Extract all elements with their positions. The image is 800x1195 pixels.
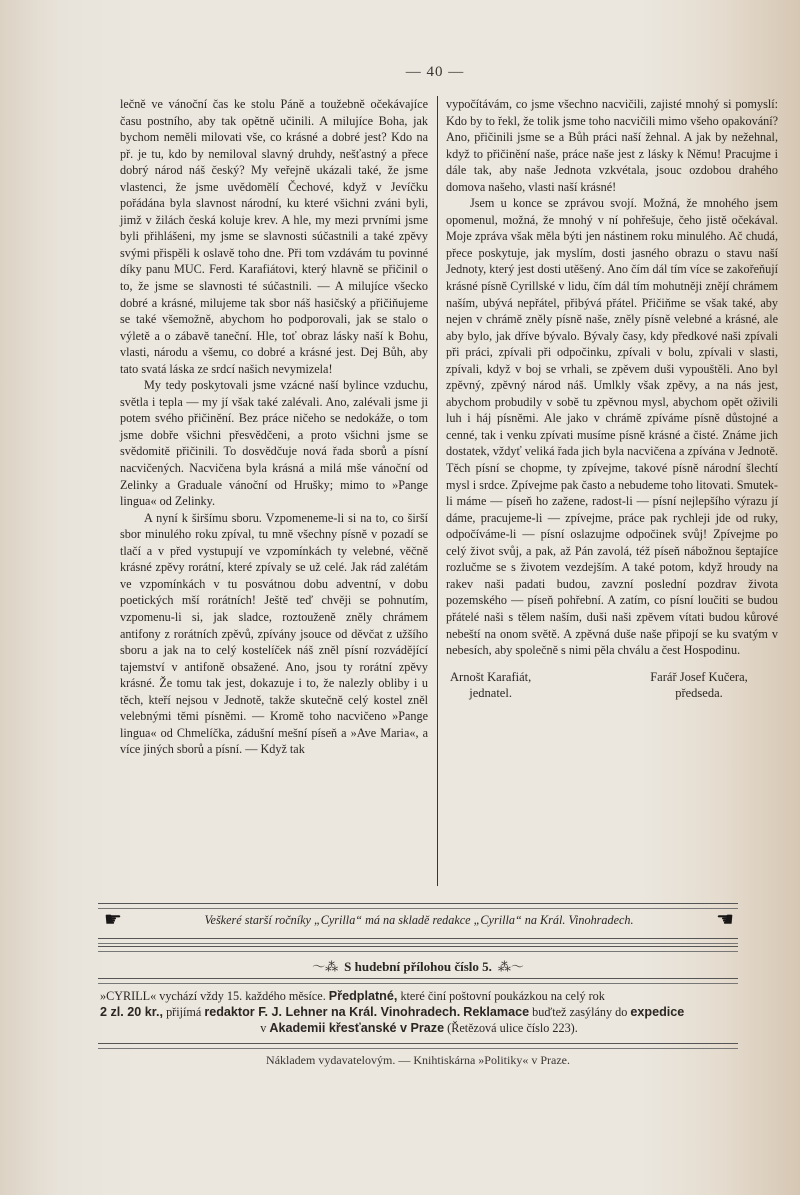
signature-secretary: Arnošt Karafiát, jednatel. [450,669,531,701]
document-page: — 40 — lečně ve vánoční čas ke stolu Pán… [0,0,800,1195]
double-rule [98,946,738,952]
signature-chairman: Farář Josef Kučera, předseda. [624,669,774,701]
bold-text: 2 zl. 20 kr., [100,1005,163,1019]
music-supplement-notice: 〜⁂S hudební přílohou číslo 5.⁂〜 [98,956,738,975]
column-divider [437,96,438,886]
left-column: lečně ve vánoční čas ke stolu Páně a tou… [120,96,428,758]
paragraph: Jsem u konce se zprávou svojí. Možná, že… [446,195,778,658]
double-rule [98,978,738,984]
bold-text: redaktor F. J. Lehner na Král. Vinohrade… [204,1005,460,1019]
ornament-right-icon: ⁂〜 [498,959,524,974]
double-rule [98,938,738,944]
supplement-text: S hudební přílohou číslo 5. [344,959,492,974]
ornament-left-icon: 〜⁂ [312,959,338,974]
paragraph: lečně ve vánoční čas ke stolu Páně a tou… [120,96,428,377]
signature-name: Arnošt Karafiát, [450,669,531,685]
bold-text: Předplatné, [329,989,398,1003]
text: přijímá [163,1005,204,1019]
pointing-hand-right-icon: ☛ [104,912,122,928]
text: které činí poštovní poukázkou na celý ro… [397,989,604,1003]
right-column: vypočítávám, co jsme všechno nacvičili, … [446,96,778,701]
pointing-hand-left-icon: ☛ [716,912,734,928]
bold-text: expedice [630,1005,684,1019]
text: v [260,1021,269,1035]
subscription-info: »CYRILL« vychází vždy 15. každého měsíce… [100,988,738,1036]
paragraph: vypočítávám, co jsme všechno nacvičili, … [446,96,778,195]
signature-role: předseda. [624,685,774,701]
signatures: Arnošt Karafiát, jednatel. Farář Josef K… [446,669,778,701]
double-rule [98,903,738,909]
double-rule [98,1043,738,1049]
notice-text: Veškeré starší ročníky „Cyrilla“ má na s… [122,913,716,928]
text: »CYRILL« vychází vždy 15. každého měsíce… [100,989,329,1003]
bold-text: Akademii křesťanské v Praze [269,1021,444,1035]
signature-role: jednatel. [450,685,531,701]
imprint: Nákladem vydavatelovým. — Knihtiskárna »… [98,1053,738,1068]
page-number: — 40 — [0,64,800,81]
paragraph: My tedy poskytovali jsme vzácné naší byl… [120,377,428,509]
paragraph: A nyní k širšímu sboru. Vzpomeneme-li si… [120,510,428,758]
text: (Řetězová ulice číslo 223). [444,1021,578,1035]
bold-text: Reklamace [463,1005,529,1019]
text: buďtež zasýlány do [529,1005,630,1019]
signature-name: Farář Josef Kučera, [624,669,774,685]
back-issues-notice: ☛ Veškeré starší ročníky „Cyrilla“ má na… [98,912,738,928]
